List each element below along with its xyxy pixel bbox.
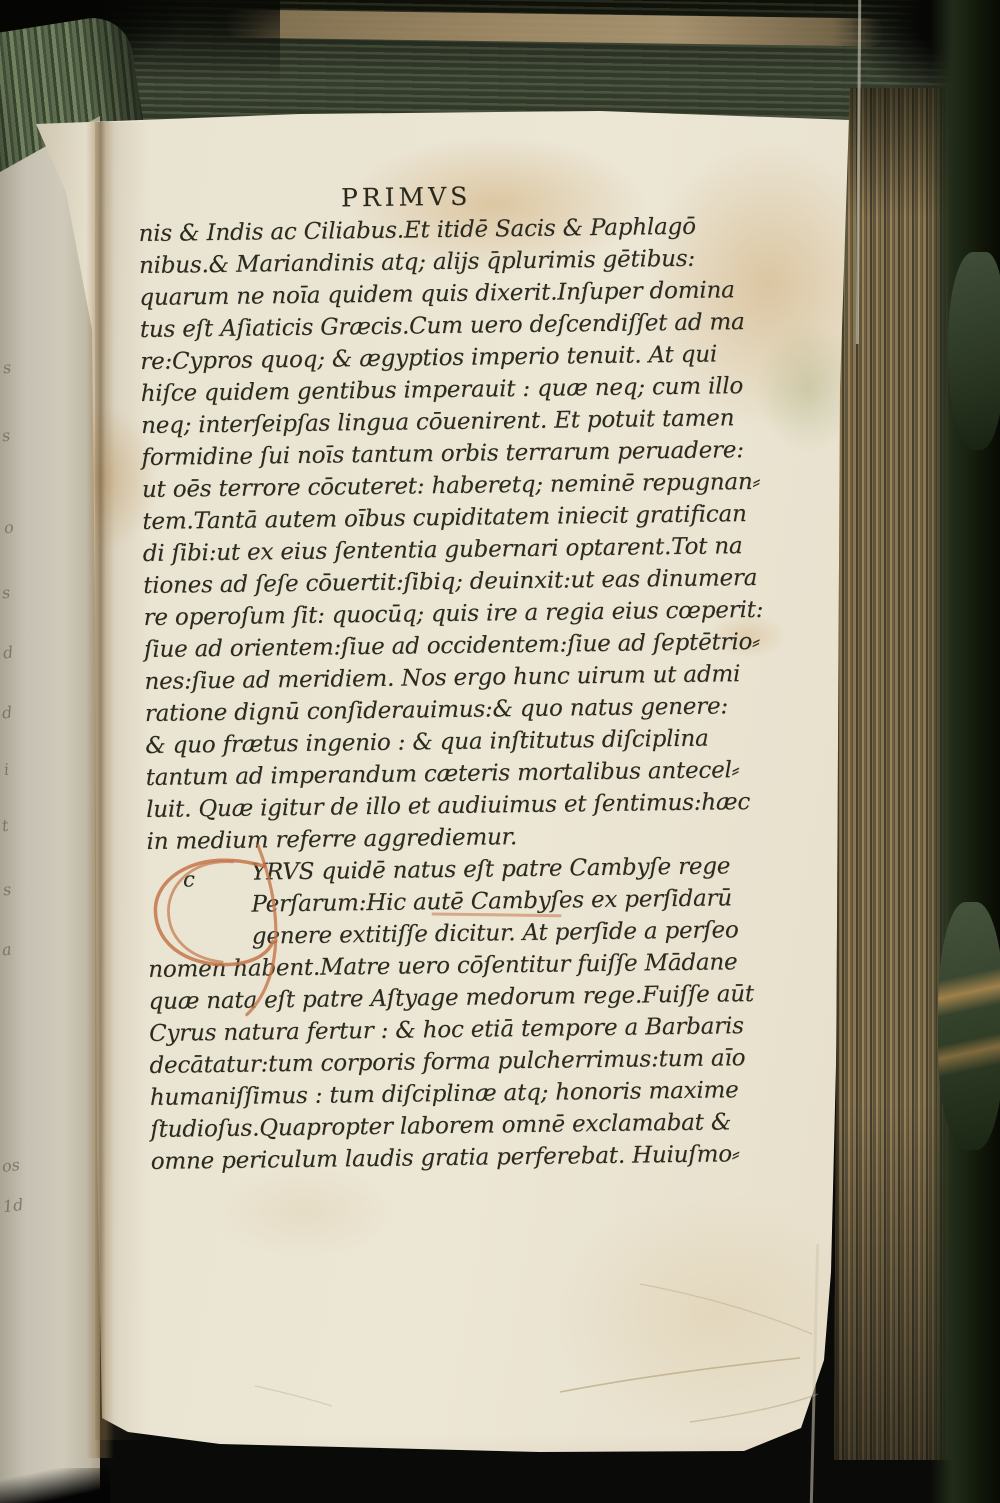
margin-fragment: s <box>2 360 12 377</box>
book-photograph: s s o s d d i t s a os 1d PRIMVS nis & I… <box>0 0 1000 1503</box>
margin-fragment: o <box>3 519 15 536</box>
margin-fragment: d <box>2 644 14 661</box>
margin-fragment: a <box>1 941 12 958</box>
margin-fragment: s <box>1 585 11 602</box>
clasp-top <box>948 252 1000 450</box>
paragraph-1: nis & Indis ac Ciliabus.Et itidē Sacis &… <box>138 211 716 858</box>
gutter-crease <box>86 122 114 1458</box>
text-block: PRIMVS nis & Indis ac Ciliabus.Et itidē … <box>138 179 721 1178</box>
binding-cover-edge <box>930 0 1000 1503</box>
margin-fragment: 1d <box>2 1197 24 1215</box>
margin-fragment: d <box>1 704 13 721</box>
facing-page-edge <box>0 116 100 1503</box>
clasp-bottom <box>938 902 1000 1150</box>
board-edge-sliver <box>225 9 885 46</box>
paragraph-2: c YRVS quidē natus eſt patre Cambyſe reg… <box>147 850 721 1177</box>
bottom-left-shadow <box>0 1468 110 1503</box>
margin-fragment: os <box>1 1157 21 1175</box>
margin-fragment: s <box>2 882 12 899</box>
margin-fragment: s <box>1 428 11 445</box>
